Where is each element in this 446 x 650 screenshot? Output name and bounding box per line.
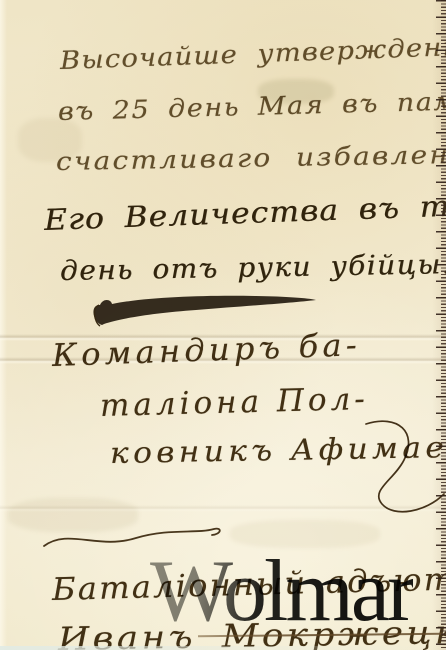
handwritten-line-3: счастливаго избавленія [56, 140, 446, 176]
handwritten-line-2: въ 25 день Мая въ память [58, 85, 446, 126]
handwritten-line-7: таліона Пол- [100, 381, 370, 424]
handwritten-line-5: день отъ руки убійцы. [60, 249, 446, 287]
scanned-manuscript-page: Высочайше утвержденнаго въ 25 день Мая в… [0, 0, 446, 650]
ink-smear [86, 292, 326, 330]
paper-left-edge [0, 0, 7, 650]
wolmar-watermark: Wolmar [150, 548, 413, 636]
handwritten-line-1: Высочайше утвержденнаго [59, 30, 446, 75]
paper-bottom-edge [0, 646, 446, 650]
handwritten-line-4: Его Величества въ тотъ [43, 186, 446, 237]
ruler-scale [432, 0, 446, 650]
